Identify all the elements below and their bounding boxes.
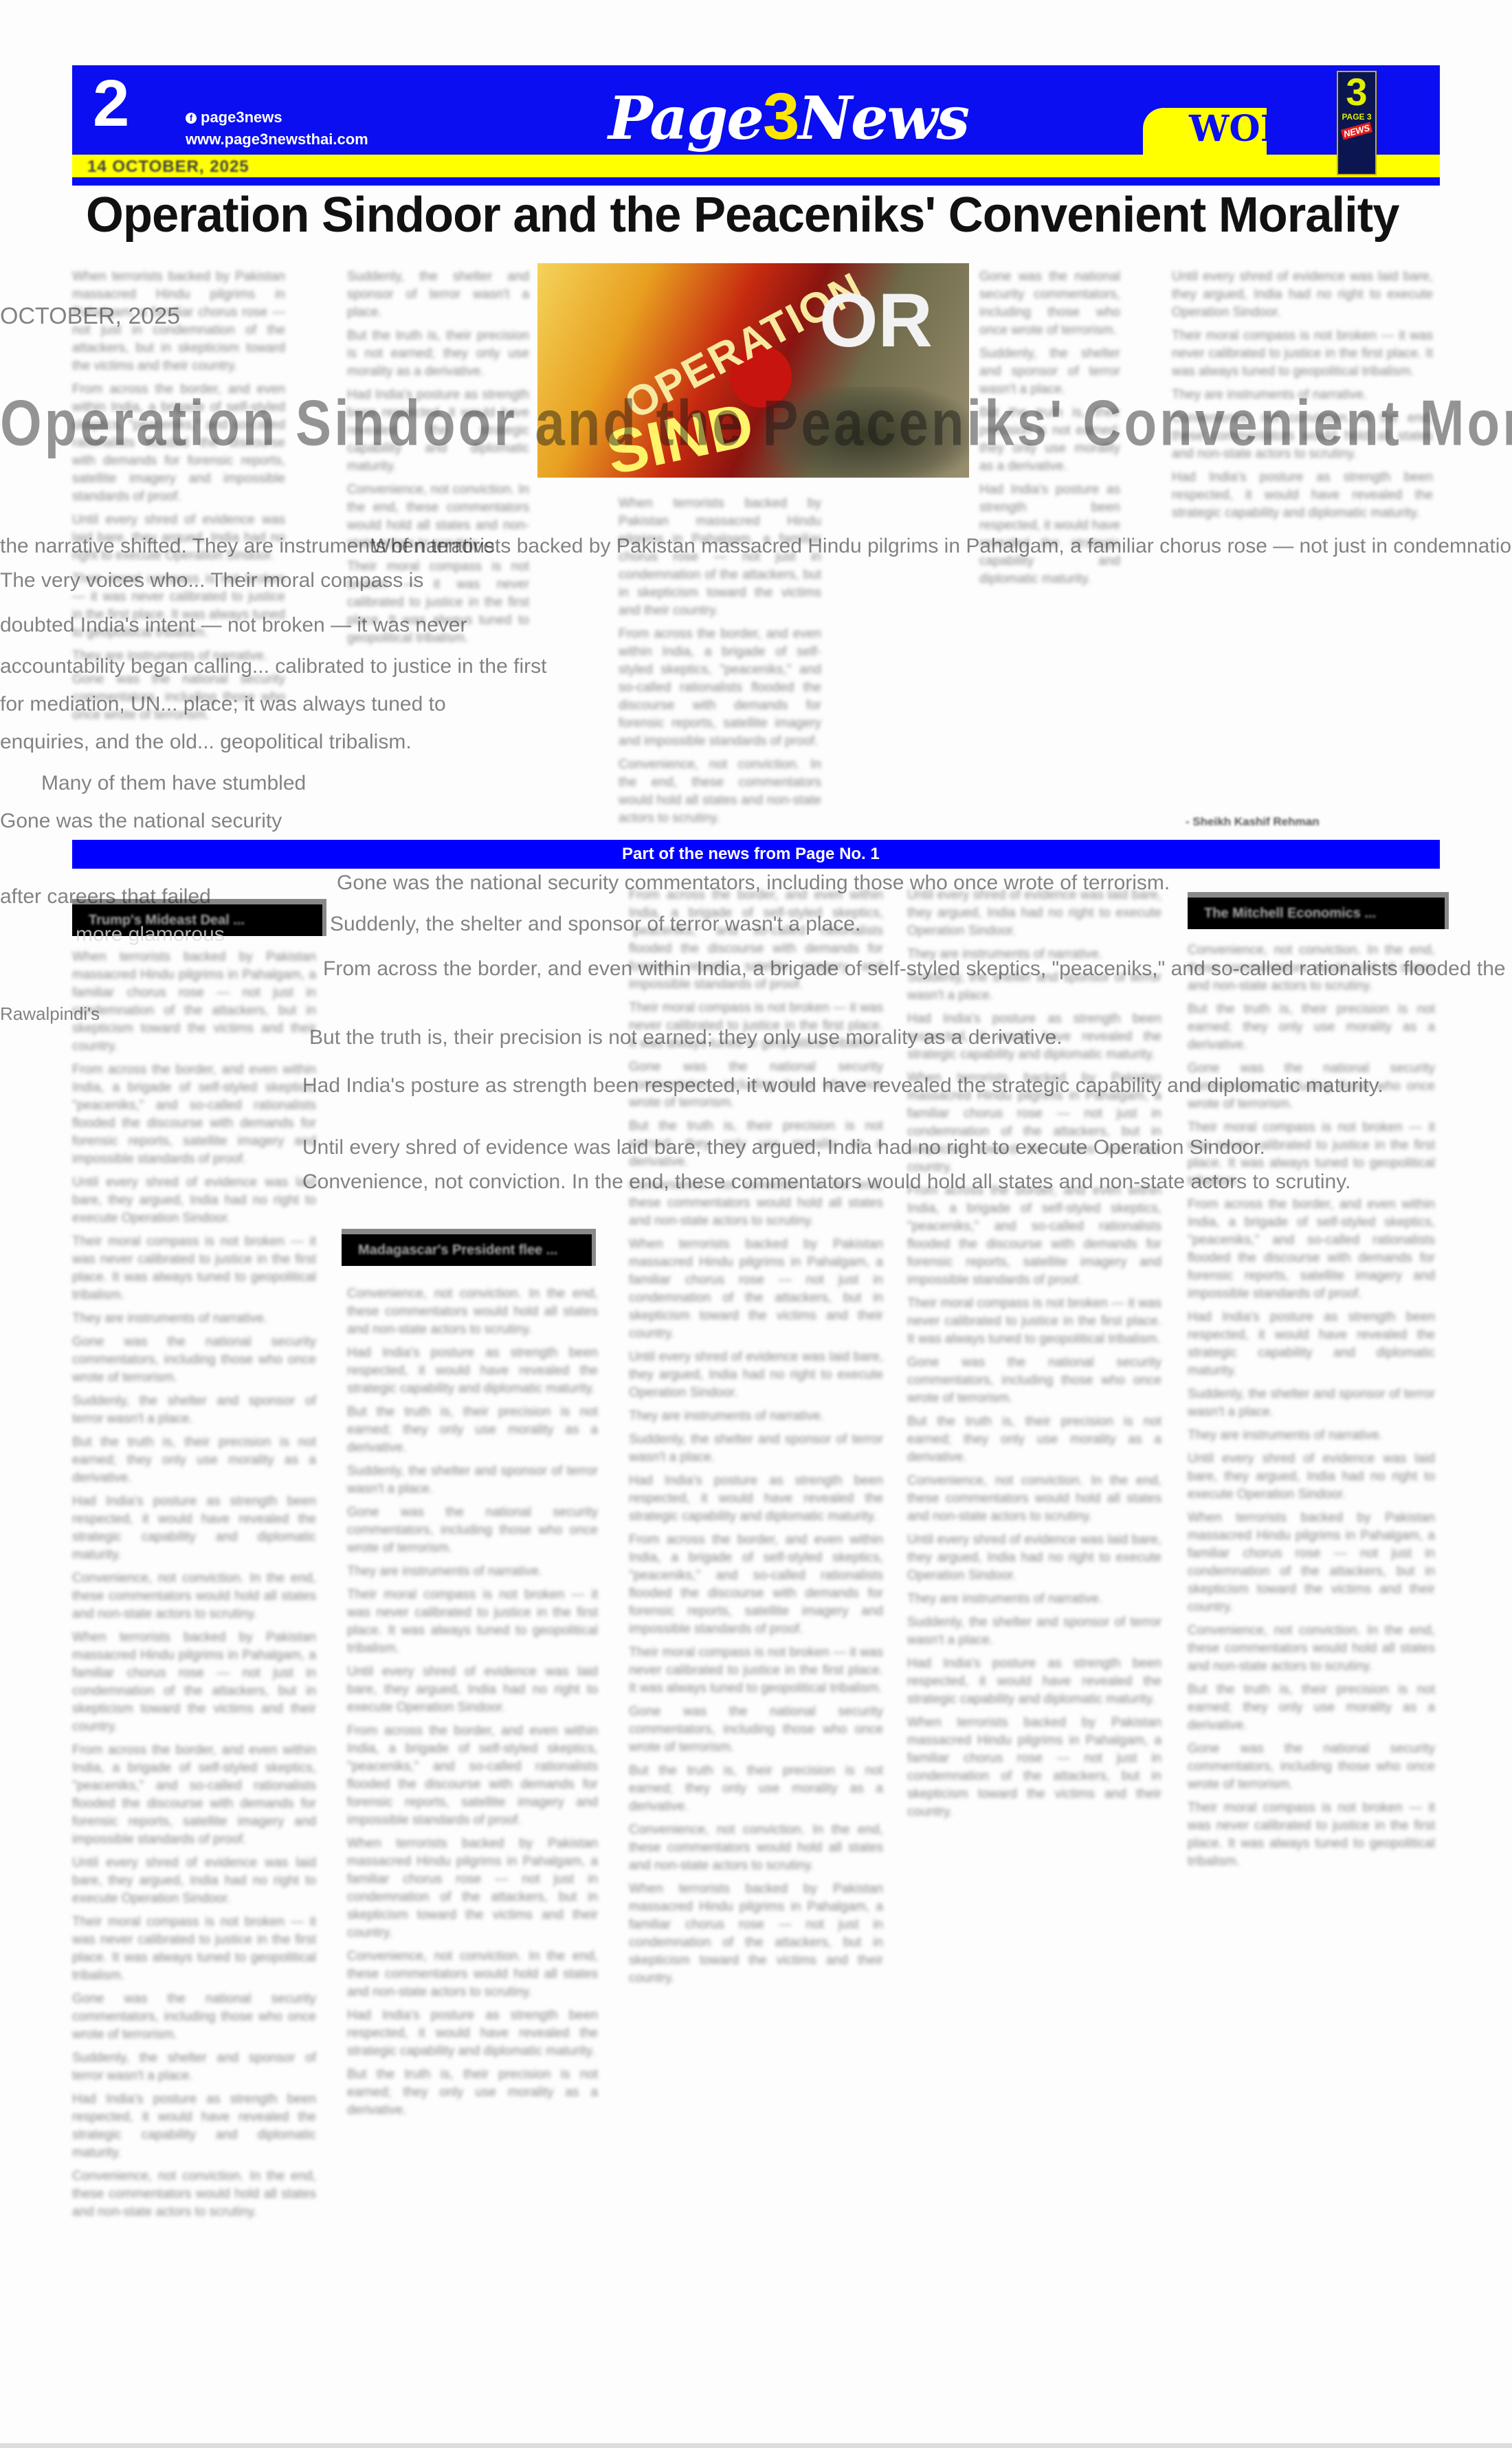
logo-number: 3 bbox=[763, 80, 798, 153]
facebook-handle: page3news bbox=[201, 109, 282, 126]
page-number: 2 bbox=[93, 71, 129, 137]
article-column-2: Suddenly, the shelter and sponsor of ter… bbox=[347, 268, 529, 818]
continued-news-label: Part of the news from Page No. 1 bbox=[622, 845, 880, 864]
article-column-4: Gone was the national security commentat… bbox=[979, 268, 1120, 818]
lower-column-3: From across the border, and even within … bbox=[629, 887, 883, 2378]
logo-word-page: Page bbox=[608, 84, 763, 153]
badge-news: NEWS bbox=[1341, 122, 1372, 140]
section-label-col2[interactable]: Madagascar's President flee ... bbox=[342, 1229, 596, 1266]
article-column-1: When terrorists backed by Pakistan massa… bbox=[72, 268, 285, 818]
masthead-bottom-rule bbox=[72, 177, 1440, 186]
website-link[interactable]: www.page3newsthai.com bbox=[186, 129, 368, 151]
lower-column-2: Convenience, not conviction. In the end,… bbox=[347, 1285, 598, 2378]
logo-word-news: News bbox=[798, 84, 968, 153]
newspaper-logo[interactable]: Page3News bbox=[608, 79, 968, 155]
newspaper-page: 2 fpage3news www.page3newsthai.com 14 OC… bbox=[0, 0, 1512, 2448]
lower-column-5: Convenience, not conviction. In the end,… bbox=[1188, 942, 1435, 2378]
lower-column-4: Until every shred of evidence was laid b… bbox=[907, 887, 1161, 2378]
lower-column-1: When terrorists backed by Pakistan massa… bbox=[72, 948, 316, 2378]
section-label-col5[interactable]: The Mitchell Economics ... bbox=[1188, 892, 1449, 929]
facebook-link[interactable]: fpage3news bbox=[186, 107, 368, 129]
section-label-col1[interactable]: Trump's Mideast Deal ... bbox=[72, 899, 326, 936]
continued-news-bar: Part of the news from Page No. 1 bbox=[72, 840, 1440, 869]
facebook-icon: f bbox=[186, 113, 197, 124]
ghost-headline-overlay: Operation Sindoor and the Peaceniks' Con… bbox=[0, 386, 1512, 460]
badge-label: PAGE 3 bbox=[1338, 112, 1375, 122]
masthead: 2 fpage3news www.page3newsthai.com 14 OC… bbox=[72, 65, 1440, 189]
social-links: fpage3news www.page3newsthai.com bbox=[186, 107, 368, 151]
article-column-5: Until every shred of evidence was laid b… bbox=[1172, 268, 1433, 804]
section-name: WORLD bbox=[1189, 108, 1346, 150]
brand-badge-icon: 3 PAGE 3 NEWS bbox=[1337, 71, 1377, 175]
image-text-or: OR bbox=[819, 277, 933, 364]
article-byline: - Sheikh Kashif Rehman bbox=[1186, 815, 1320, 829]
badge-number: 3 bbox=[1338, 72, 1375, 112]
page-bottom-edge bbox=[0, 2443, 1512, 2448]
issue-date: 14 OCTOBER, 2025 bbox=[87, 157, 249, 177]
article-column-3: When terrorists backed by Pakistan massa… bbox=[619, 495, 821, 825]
article-headline: Operation Sindoor and the Peaceniks' Con… bbox=[86, 187, 1419, 243]
